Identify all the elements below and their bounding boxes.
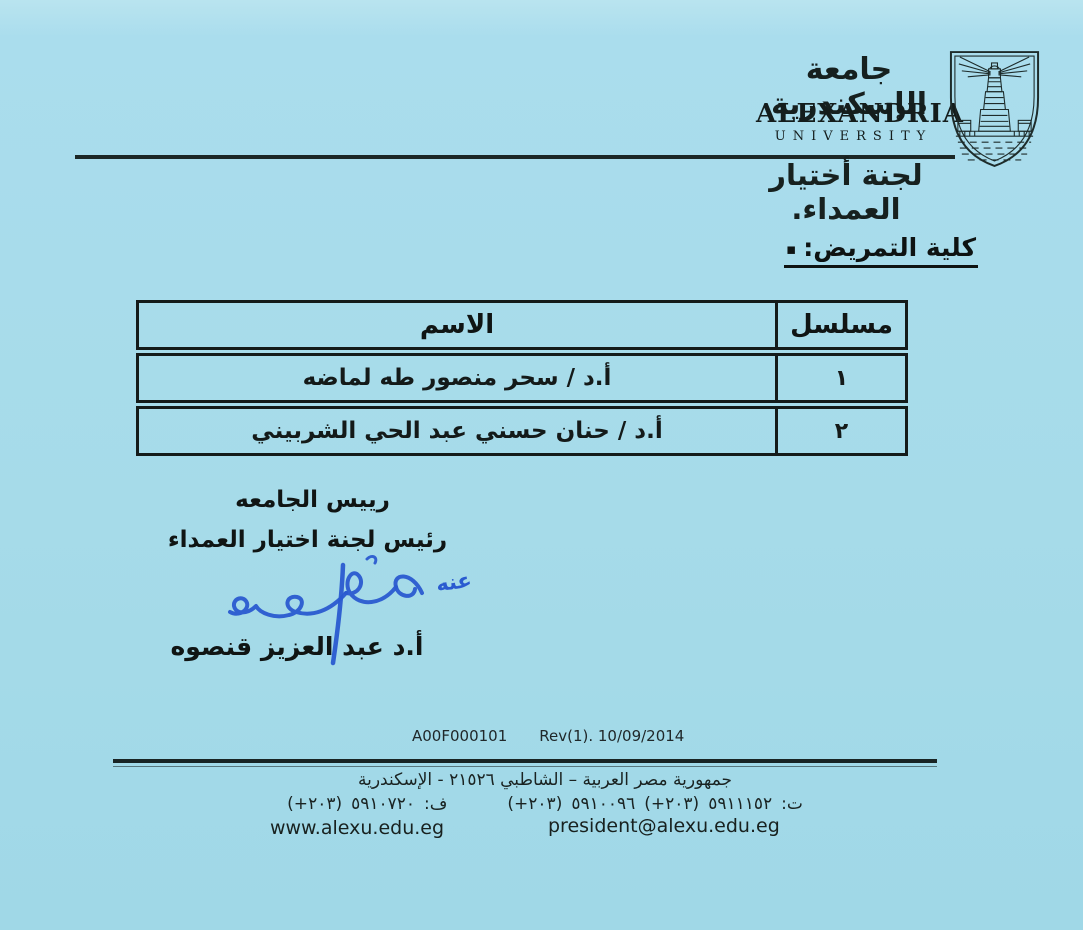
name-cell: أ.د / حنان حسني عبد الحي الشربيني [139,409,775,453]
table-header-row: مسلسل الاسم [136,300,908,350]
document-code: A00F000101 [412,727,507,745]
phone-number-1: ٥٩١١١٥٢ [708,794,772,814]
fax-label: ف: [424,794,447,814]
signatory-name: أ.د عبد العزيز قنصوه [158,632,436,661]
name-column-header: الاسم [139,303,775,347]
committee-calligraphy: لجنة أختيار العمداء. [736,158,956,226]
faculty-heading-text: كلية التمريض: [803,233,976,262]
website-text: www.alexu.edu.eg [262,817,452,839]
email-text: president@alexu.edu.eg [548,815,768,837]
serial-column-header: مسلسل [775,303,905,347]
signatory-title-line1: رييس الجامعه [205,487,420,513]
revision-date: Rev(1). 10/09/2014 [539,727,684,745]
rays-icon [959,57,1030,77]
address-line: جمهورية مصر العربية – الشاطبي ٢١٥٢٦ - ال… [195,770,895,790]
signatory-title-line2: رئيس لجنة اختيار العمداء [165,527,450,553]
wall-icon [956,120,1033,136]
serial-cell: ١ [775,356,905,400]
fax-country-code: (+٢٠٣) [287,794,342,814]
table-row: ١ أ.د / سحر منصور طه لماضه [136,353,908,403]
phone-fax-line: ت: ٥٩١١١٥٢ (+٢٠٣) ٥٩١٠٠٩٦ (+٢٠٣) ف: ٥٩١٠… [150,794,940,814]
name-cell: أ.د / سحر منصور طه لماضه [139,356,775,400]
scanned-document-page: جامعة الإسكندرية ALEXANDRIA UNIVERSITY [0,0,1083,930]
faculty-heading: كلية التمريض: ▪ [784,233,978,268]
names-table: مسلسل الاسم ١ أ.د / سحر منصور طه لماضه ٢… [136,300,908,459]
university-subname-english: UNIVERSITY [756,129,944,144]
serial-cell: ٢ [775,409,905,453]
lighthouse-shield-icon [945,46,1044,170]
footer-divider-line [113,759,937,767]
phone-country-code-2: (+٢٠٣) [507,794,562,814]
university-name-english: ALEXANDRIA [756,99,944,129]
document-reference-line: A00F000101 Rev(1). 10/09/2014 [412,727,684,745]
fax-number: ٥٩١٠٧٢٠ [351,794,415,814]
phone-label: ت: [781,794,803,814]
square-bullet-icon: ▪ [786,242,796,257]
on-behalf-mark: عنه [435,568,473,596]
phone-country-code-1: (+٢٠٣) [644,794,699,814]
phone-number-2: ٥٩١٠٠٩٦ [571,794,635,814]
table-row: ٢ أ.د / حنان حسني عبد الحي الشربيني [136,406,908,456]
